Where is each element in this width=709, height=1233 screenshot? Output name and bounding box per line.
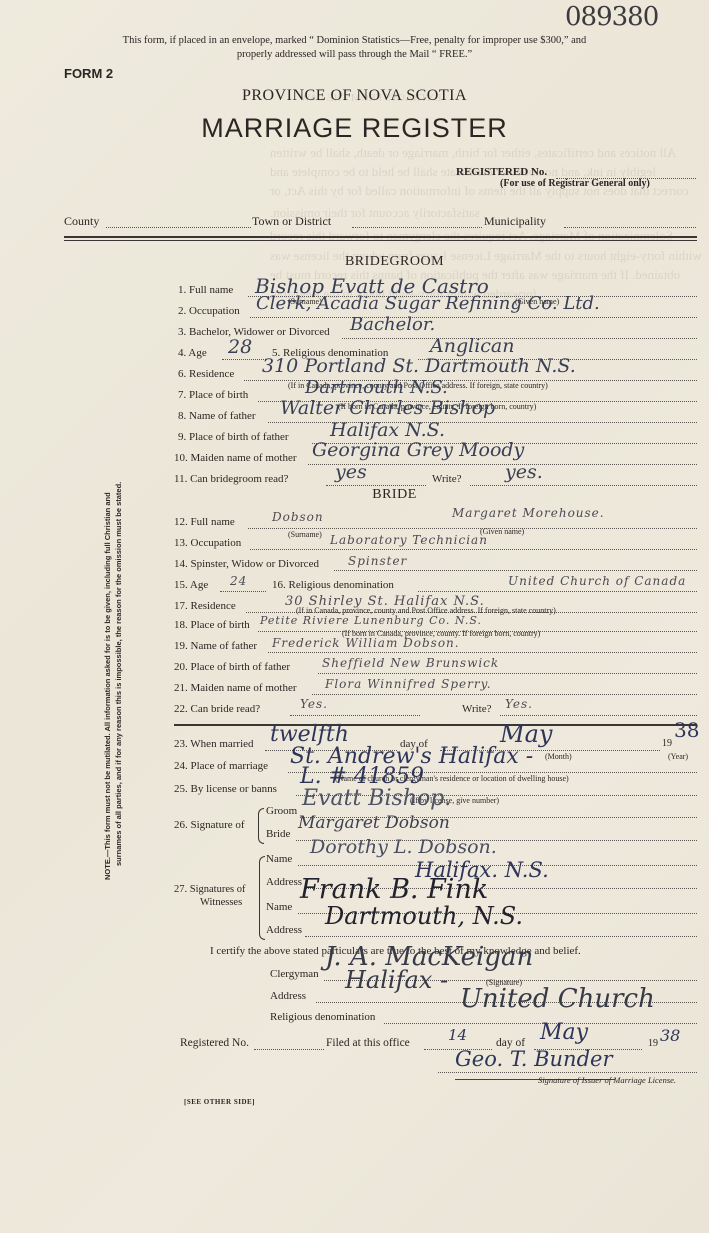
witness1-name-value: Dorothy L. Dobson. — [310, 836, 497, 858]
bride-marital-label: 14. Spinster, Widow or Divorced — [174, 558, 319, 570]
groom-can-read-label: 11. Can bridegroom read? — [174, 473, 288, 485]
groom-religion-value: Anglican — [430, 335, 514, 357]
clergy-religion-value: United Church — [460, 984, 655, 1014]
witnesses-label-2: Witnesses — [200, 897, 242, 908]
groom-occupation-label: 2. Occupation — [178, 305, 240, 317]
bride-father-birthplace-value: Sheffield New Brunswick — [322, 656, 499, 670]
witnesses-brace — [259, 856, 265, 940]
postal-notice-line1: This form, if placed in an envelope, mar… — [0, 33, 709, 48]
groom-occupation-value: Clerk, Acadia Sugar Refining Co. Ltd. — [256, 293, 600, 314]
bleed-through-line: All notices and certificates, either for… — [270, 145, 676, 161]
filed-day-value: 14 — [448, 1026, 467, 1044]
clergy-address-label: Address — [270, 990, 306, 1002]
witness2-name-value: Frank B. Fink — [300, 874, 488, 905]
bride-given-value: Margaret Morehouse. — [452, 506, 605, 520]
municipality-label: Municipality — [484, 214, 546, 229]
municipality-field[interactable] — [564, 227, 696, 228]
form-number: FORM 2 — [64, 66, 113, 81]
married-year-prefix: 19 — [662, 738, 672, 749]
bride-father-label: 19. Name of father — [174, 640, 257, 652]
groom-full-name-label: 1. Full name — [178, 284, 233, 296]
bride-religion-value: United Church of Canada — [508, 574, 686, 588]
groom-father-birthplace-label: 9. Place of birth of father — [178, 431, 289, 443]
section-divider — [174, 724, 697, 726]
archive-number: 089380 — [565, 2, 658, 32]
bride-can-write-field[interactable] — [500, 715, 697, 716]
witness1-address-label: Address — [266, 876, 302, 888]
filed-year-prefix: 19 — [648, 1038, 658, 1049]
license-label: 25. By license or banns — [174, 783, 277, 795]
province-heading: PROVINCE OF NOVA SCOTIA — [0, 87, 709, 105]
bride-occupation-label: 13. Occupation — [174, 537, 241, 549]
witness2-name-label: Name — [266, 901, 292, 913]
header-divider-thin — [64, 240, 697, 241]
bride-birthplace-label: 18. Place of birth — [174, 619, 250, 631]
bride-mother-field[interactable] — [312, 694, 697, 695]
bride-father-field[interactable] — [268, 652, 697, 653]
bride-marital-value: Spinster — [348, 554, 407, 568]
groom-birthplace-label: 7. Place of birth — [178, 389, 248, 401]
groom-can-read-field[interactable] — [326, 485, 426, 486]
bride-can-write-label: Write? — [462, 703, 491, 715]
groom-marital-label: 3. Bachelor, Widower or Divorced — [178, 326, 330, 338]
groom-age-field[interactable] — [222, 359, 266, 360]
groom-marital-value: Bachelor. — [350, 314, 435, 335]
town-field[interactable] — [352, 227, 482, 228]
bride-heading: BRIDE — [40, 487, 709, 503]
filed-year-value: 38 — [660, 1026, 680, 1045]
bride-can-read-value: Yes. — [300, 697, 328, 711]
header-divider — [64, 236, 697, 238]
groom-residence-label: 6. Residence — [178, 368, 234, 380]
bride-religion-field[interactable] — [418, 591, 697, 592]
filed-month-value: May — [540, 1020, 588, 1045]
bride-mother-value: Flora Winnifred Sperry. — [325, 677, 492, 691]
issuer-label: Signature of Issuer of Marriage License. — [538, 1075, 676, 1085]
filed-at-label: Filed at this office — [326, 1037, 410, 1049]
issuer-signature-field[interactable] — [438, 1072, 697, 1073]
county-field[interactable] — [106, 227, 251, 228]
groom-mother-value: Georgina Grey Moody — [312, 439, 524, 461]
bride-can-read-field[interactable] — [290, 715, 420, 716]
bride-birthplace-value: Petite Riviere Lunenburg Co. N.S. — [260, 614, 482, 627]
clergyman-label: Clergyman — [270, 968, 319, 980]
year-hint: (Year) — [668, 752, 688, 761]
month-hint: (Month) — [545, 752, 572, 761]
groom-residence-value: 310 Portland St. Dartmouth N.S. — [262, 355, 576, 377]
bride-father-value: Frederick William Dobson. — [272, 636, 460, 650]
bride-mother-label: 21. Maiden name of mother — [174, 682, 297, 694]
groom-can-write-label: Write? — [432, 473, 461, 485]
filing-registered-no-label: Registered No. — [180, 1037, 249, 1049]
clergy-address-value: Halifax - — [345, 966, 448, 994]
bride-age-field[interactable] — [220, 591, 266, 592]
postal-notice-line2: properly addressed will pass through the… — [0, 47, 709, 62]
bride-age-label: 15. Age — [174, 579, 208, 591]
bride-full-name-label: 12. Full name — [174, 516, 235, 528]
groom-father-label: 8. Name of father — [178, 410, 256, 422]
bride-signature-label: Bride — [266, 828, 290, 840]
bride-surname-hint: (Surname) — [288, 530, 322, 539]
bride-occupation-field[interactable] — [250, 549, 697, 550]
side-note-line1: NOTE.—This form must not be mutilated. A… — [102, 482, 113, 880]
groom-mother-label: 10. Maiden name of mother — [174, 452, 297, 464]
groom-signature-value: Evatt Bishop. — [302, 786, 451, 811]
see-other-side: [SEE OTHER SIDE] — [184, 1098, 255, 1106]
side-note-line2: surnames of all parties, and if for any … — [113, 482, 124, 880]
registered-no-label: REGISTERED No. — [456, 166, 547, 178]
clergy-religion-label: Religious denomination — [270, 1011, 375, 1023]
bride-father-birthplace-field[interactable] — [318, 673, 697, 674]
bride-father-birthplace-label: 20. Place of birth of father — [174, 661, 290, 673]
signature-of-label: 26. Signature of — [174, 819, 245, 831]
bride-residence-label: 17. Residence — [174, 600, 236, 612]
bride-marital-field[interactable] — [334, 570, 697, 571]
witness2-address-label: Address — [266, 924, 302, 936]
when-married-label: 23. When married — [174, 738, 254, 750]
groom-father-birthplace-value: Halifax N.S. — [330, 419, 445, 441]
groom-age-value: 28 — [228, 336, 252, 358]
married-year-value: 38 — [674, 718, 699, 742]
groom-can-write-value: yes. — [505, 461, 543, 483]
witness2-address-value: Dartmouth, N.S. — [325, 902, 523, 930]
bride-can-read-label: 22. Can bride read? — [174, 703, 260, 715]
witness2-address-field[interactable] — [305, 936, 697, 937]
town-label: Town or District — [252, 214, 331, 229]
side-note: NOTE.—This form must not be mutilated. A… — [102, 482, 124, 880]
groom-can-write-field[interactable] — [470, 485, 697, 486]
groom-birthplace-value: Dartmouth N.S. — [305, 377, 448, 398]
county-label: County — [64, 214, 99, 229]
filing-registered-no-field[interactable] — [254, 1049, 324, 1050]
groom-father-value: Walter Charles Bishop — [280, 397, 495, 419]
groom-can-read-value: yes — [335, 461, 367, 483]
bride-religion-label: 16. Religious denomination — [272, 579, 394, 591]
bride-signature-value: Margaret Dobson — [298, 813, 450, 833]
registered-no-note: (For use of Registrar General only) — [500, 178, 650, 189]
groom-marital-field[interactable] — [342, 338, 697, 339]
bride-age-value: 24 — [230, 574, 247, 588]
bride-occupation-value: Laboratory Technician — [330, 533, 488, 547]
bride-full-name-field[interactable] — [248, 528, 697, 529]
bride-surname-value: Dobson — [272, 510, 324, 524]
groom-signature-label: Groom — [266, 805, 297, 817]
witness1-name-label: Name — [266, 853, 292, 865]
issuer-signature-value: Geo. T. Bunder — [455, 1047, 613, 1071]
bridegroom-heading: BRIDEGROOM — [40, 254, 709, 270]
place-of-marriage-label: 24. Place of marriage — [174, 760, 268, 772]
witnesses-label: 27. Signatures of — [174, 884, 245, 895]
groom-occupation-field[interactable] — [250, 317, 697, 318]
page-title: MARRIAGE REGISTER — [0, 113, 709, 144]
bride-can-write-value: Yes. — [505, 697, 533, 711]
signature-brace — [258, 808, 264, 844]
groom-age-label: 4. Age — [178, 347, 207, 359]
